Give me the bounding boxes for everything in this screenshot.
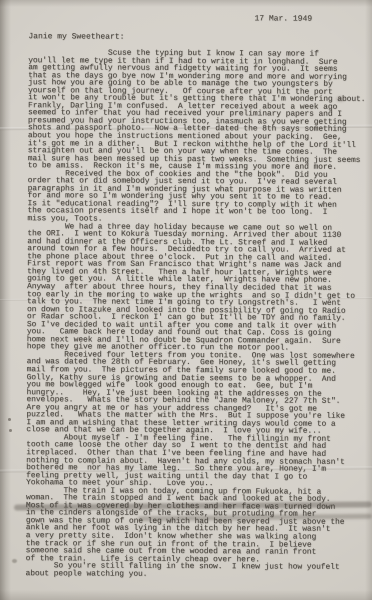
letter-body: Scuse the typing but I know I can say mo… [26,49,372,579]
letter-paper: 17 Mar. 1949 Janie my Sweetheart: Scuse … [0,0,372,600]
typed-text-layer: 17 Mar. 1949 Janie my Sweetheart: Scuse … [0,0,372,600]
letter-salutation: Janie my Sweetheart: [28,32,124,42]
letter-date: 17 Mar. 1949 [254,14,312,23]
